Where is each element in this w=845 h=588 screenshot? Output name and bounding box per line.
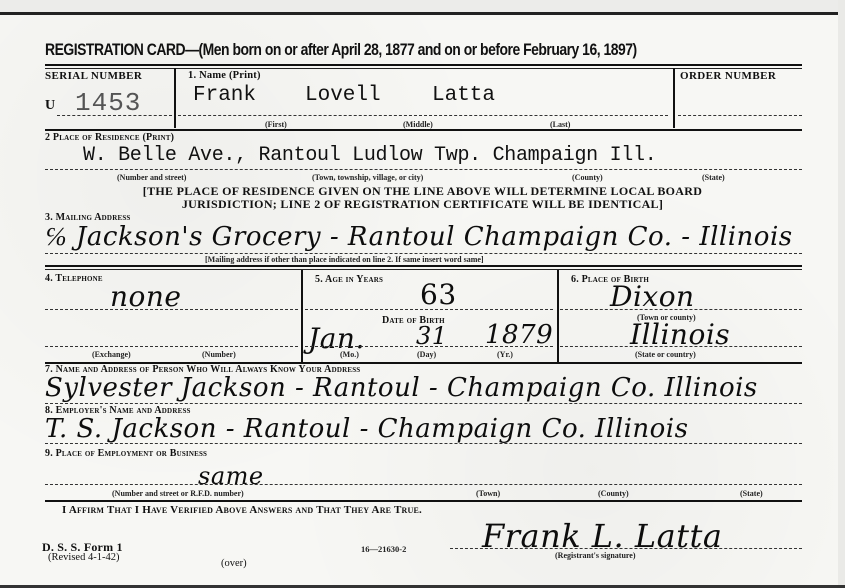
- divider: [45, 265, 802, 267]
- registrant-signature: Frank L. Latta: [482, 517, 722, 555]
- caption-middle: (Middle): [403, 120, 433, 129]
- divider: [174, 68, 176, 128]
- name-line: [178, 115, 668, 116]
- order-number-line: [678, 115, 802, 116]
- telephone-line-1: [45, 309, 298, 310]
- telephone-label: 4. Telephone: [45, 273, 103, 284]
- serial-line: [57, 115, 172, 116]
- dob-line: [305, 346, 553, 347]
- caption-emp-county: (County): [598, 489, 629, 498]
- employer-value: T. S. Jackson - Rantoul - Champaign Co. …: [45, 414, 688, 444]
- caption-number-street: (Number and street): [117, 173, 186, 182]
- signature-caption: (Registrant's signature): [555, 551, 636, 560]
- mailing-address-caption: [Mailing address if other than place ind…: [205, 255, 484, 264]
- residence-value: W. Belle Ave., Rantoul Ludlow Twp. Champ…: [83, 144, 656, 167]
- caption-street-rfd: (Number and street or R.F.D. number): [112, 489, 244, 498]
- caption-day: (Day): [417, 350, 436, 359]
- employment-place-label: 9. Place of Employment or Business: [45, 448, 207, 459]
- affirmation-text: I Affirm That I Have Verified Above Answ…: [62, 504, 422, 516]
- name-first: Frank: [193, 84, 256, 107]
- caption-last: (Last): [550, 120, 570, 129]
- registration-card: REGISTRATION CARD—(Men born on or after …: [0, 0, 845, 588]
- card-right-edge: [838, 0, 845, 588]
- caption-first: (First): [265, 120, 287, 129]
- birthplace-state-line: [560, 346, 802, 347]
- divider: [45, 64, 802, 66]
- signature-line: [450, 548, 802, 549]
- age-line: [305, 309, 553, 310]
- mailing-address-line: [45, 253, 802, 254]
- age-value: 63: [420, 278, 457, 311]
- employment-place-line: [45, 484, 802, 485]
- caption-phone-number: (Number): [202, 350, 236, 359]
- residence-label: 2 Place of Residence (Print): [45, 132, 174, 143]
- caption-year: (Yr.): [497, 350, 513, 359]
- employer-line: [45, 443, 802, 444]
- caption-exchange: (Exchange): [92, 350, 131, 359]
- divider: [557, 270, 559, 362]
- divider: [45, 269, 802, 270]
- caption-emp-state: (State): [740, 489, 763, 498]
- residence-notice-line2: JURISDICTION; LINE 2 OF REGISTRATION CER…: [0, 198, 845, 211]
- divider: [45, 68, 802, 69]
- caption-state: (State): [702, 173, 725, 182]
- name-middle: Lovell: [305, 84, 381, 107]
- contact-person-value: Sylvester Jackson - Rantoul - Champaign …: [45, 373, 758, 403]
- caption-county: (County): [572, 173, 603, 182]
- form-revision: (Revised 4-1-42): [48, 552, 119, 563]
- employment-place-value: same: [198, 462, 264, 490]
- divider: [673, 68, 675, 128]
- caption-state-country: (State or country): [635, 350, 696, 359]
- serial-number-value: 1453: [75, 88, 141, 118]
- card-title: REGISTRATION CARD—(Men born on or after …: [45, 40, 637, 60]
- birthplace-town-line: [560, 309, 802, 310]
- age-label: 5. Age in Years: [315, 274, 383, 285]
- telephone-line-2: [45, 346, 298, 347]
- over-note: (over): [221, 558, 247, 569]
- divider: [301, 270, 303, 362]
- order-number-label: ORDER NUMBER: [680, 70, 776, 82]
- caption-emp-town: (Town): [476, 489, 500, 498]
- card-top-edge: [0, 0, 845, 15]
- print-code: 16—21630-2: [361, 544, 406, 554]
- name-label: 1. Name (Print): [188, 70, 261, 81]
- name-last: Latta: [432, 84, 495, 107]
- caption-town: (Town, township, village, or city): [312, 173, 423, 182]
- caption-month: (Mo.): [340, 350, 359, 359]
- serial-number-label: SERIAL NUMBER: [45, 70, 142, 82]
- divider: [45, 129, 802, 131]
- residence-line: [45, 169, 802, 170]
- divider: [45, 500, 802, 502]
- serial-prefix: U: [45, 98, 55, 114]
- mailing-address-value: ℅ Jackson's Grocery - Rantoul Champaign …: [45, 222, 793, 252]
- contact-person-line: [45, 403, 802, 404]
